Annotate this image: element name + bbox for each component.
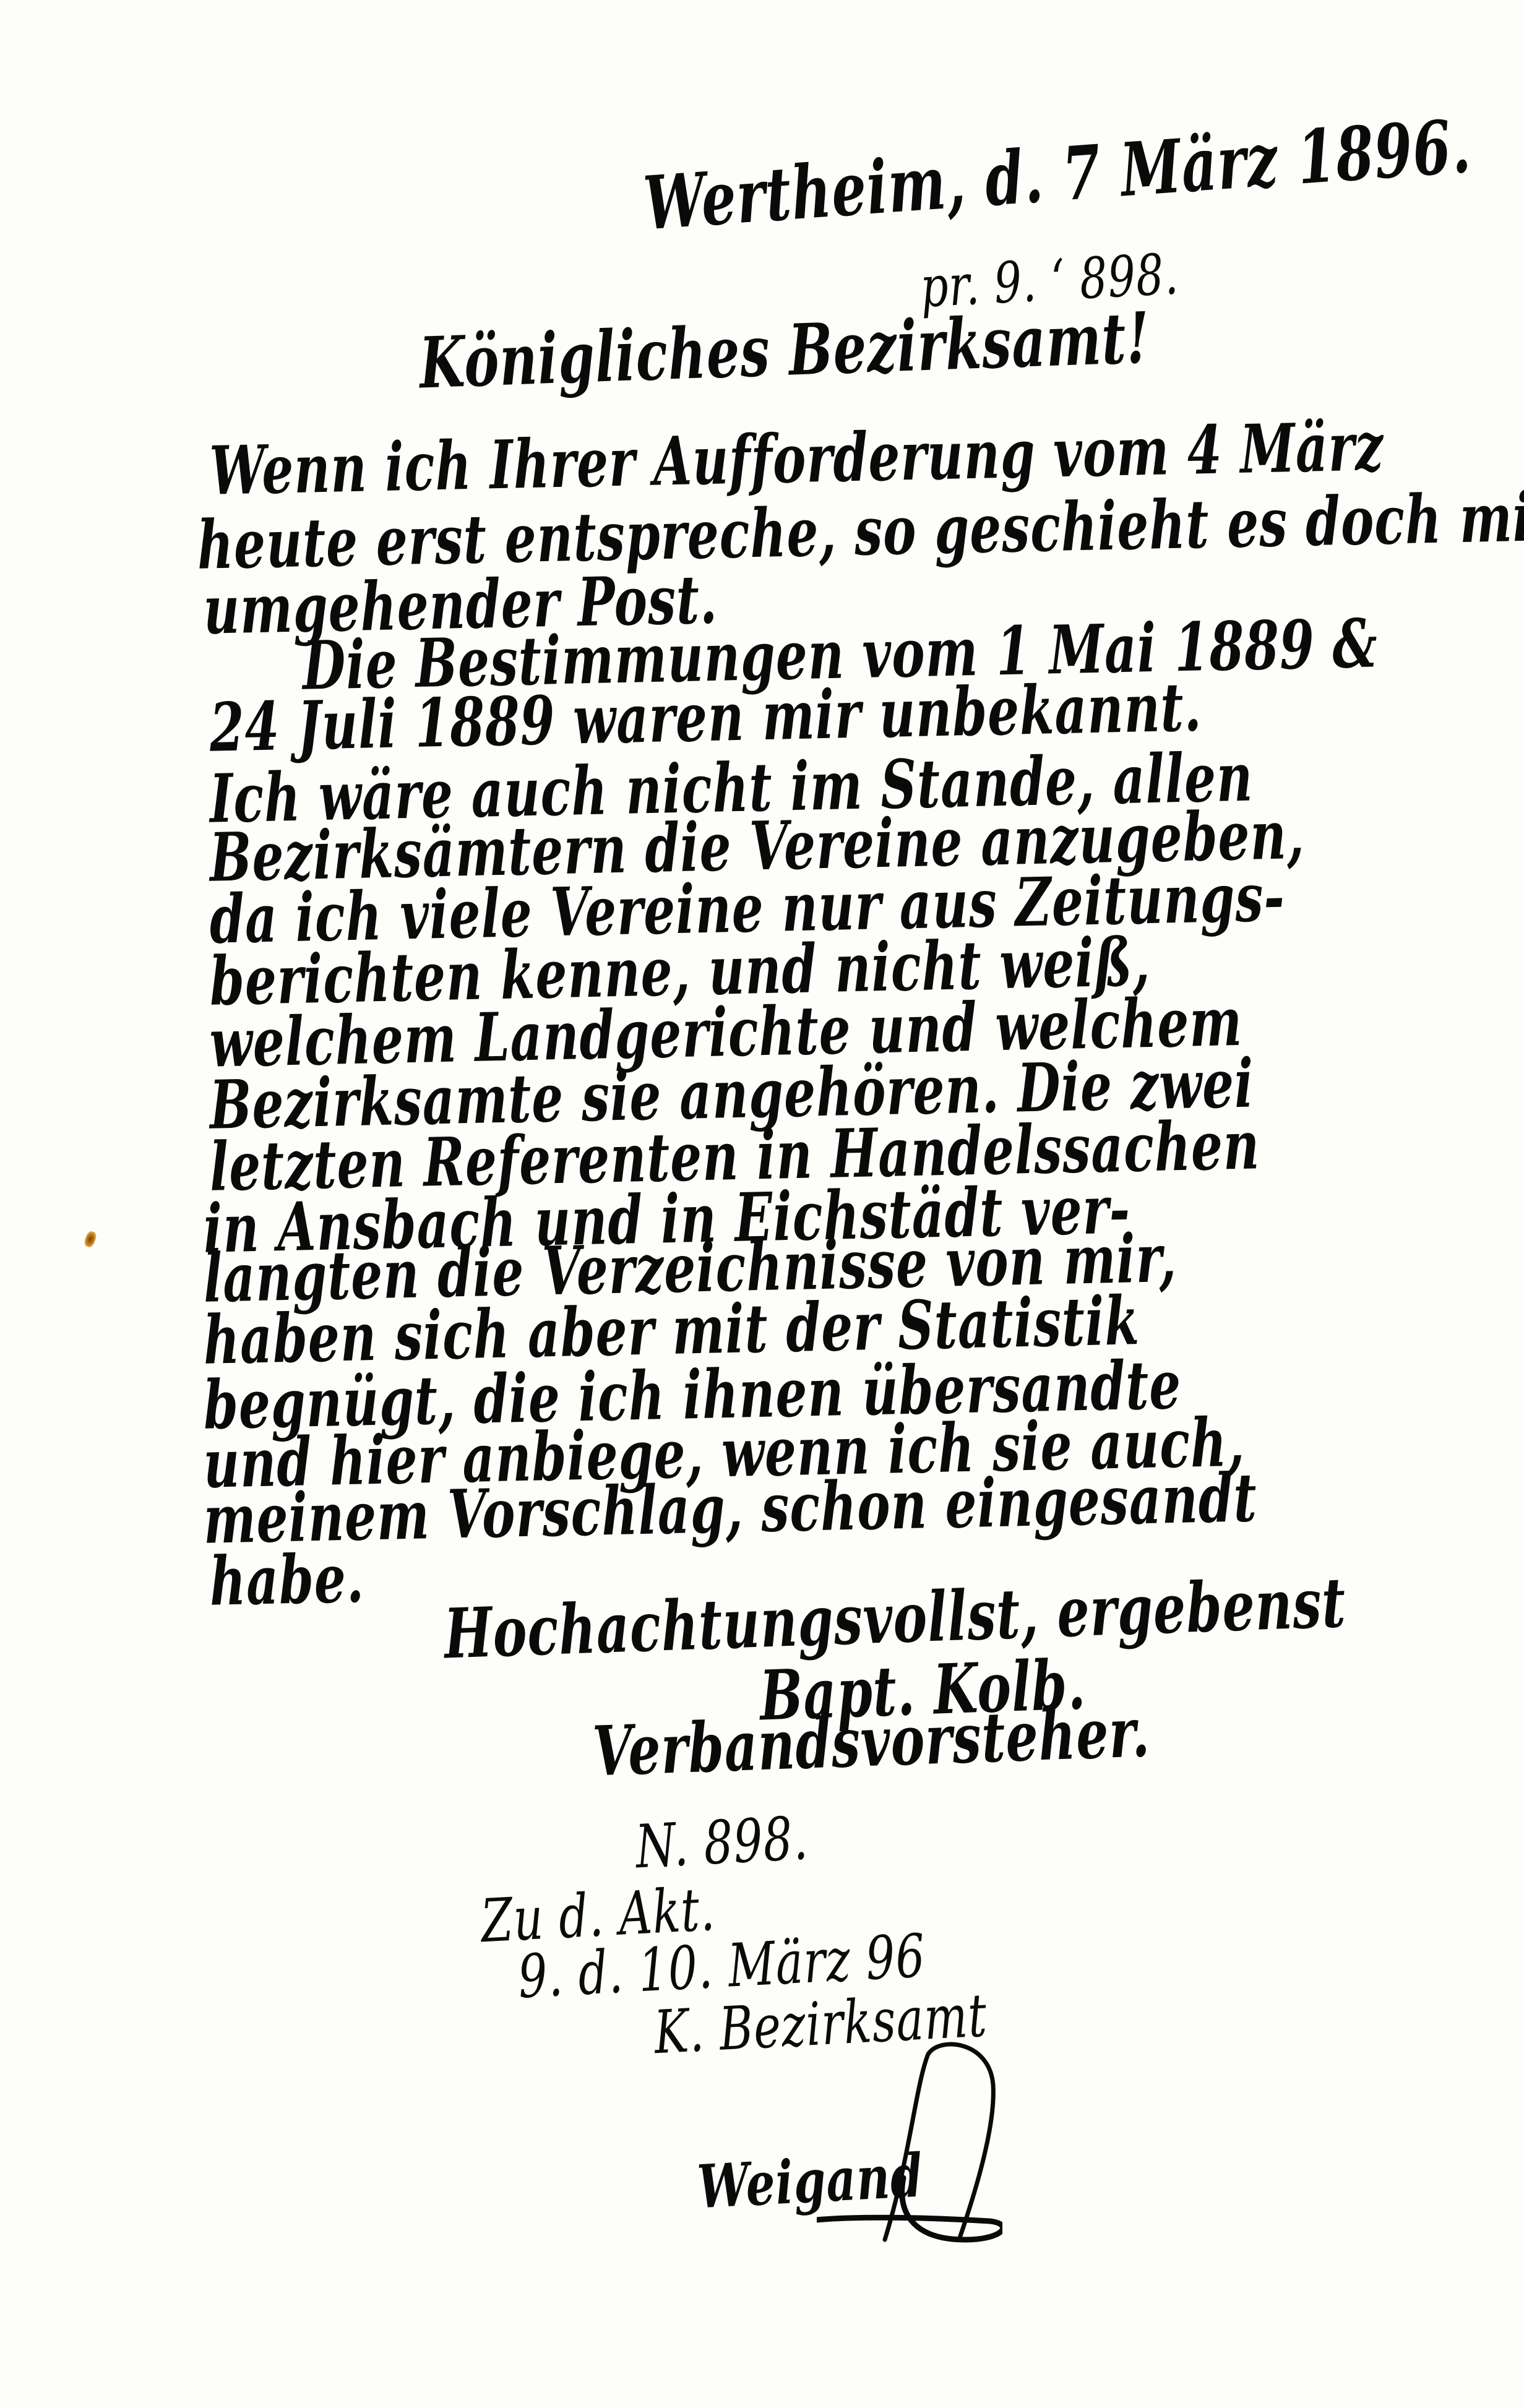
place-date: Wertheim, d. 7 März 1896. <box>642 109 1473 240</box>
letter-page: Wertheim, d. 7 März 1896. pr. 9. ‘ 898. … <box>0 0 1524 2408</box>
signature-flourish-icon <box>817 2036 1002 2246</box>
paper-stain <box>83 1230 98 1249</box>
annotation-number: N. 898. <box>634 1808 809 1877</box>
salutation: Königliches Bezirksamt! <box>418 303 1151 398</box>
signer-title: Verbandsvorsteher. <box>592 1698 1151 1786</box>
body-line: habe. <box>209 1545 365 1615</box>
